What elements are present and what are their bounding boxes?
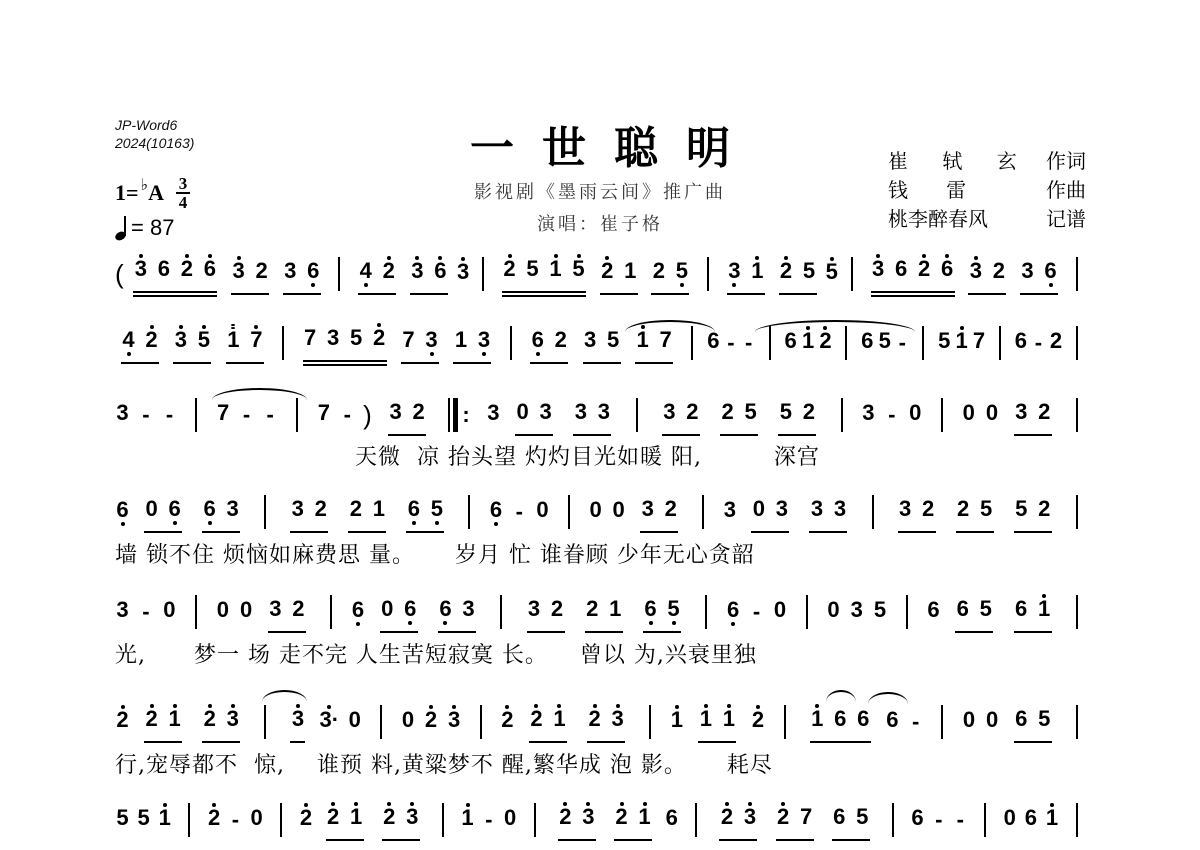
barline xyxy=(264,495,266,529)
note: 3 xyxy=(871,252,886,290)
barline xyxy=(984,803,986,837)
barline xyxy=(282,326,284,360)
note: 6 xyxy=(433,254,448,292)
note: 2 xyxy=(550,592,565,630)
note: 2 xyxy=(313,492,328,530)
composer-role: 作曲 xyxy=(1046,176,1086,205)
beam-group: 65 xyxy=(1014,702,1052,743)
beam-group: 13 xyxy=(453,323,491,364)
note: 6 xyxy=(1023,801,1038,839)
note: 3 xyxy=(538,395,553,433)
beam-group: 36 xyxy=(410,254,448,295)
barline xyxy=(480,705,482,739)
note: 3 xyxy=(809,492,824,530)
note: 3 xyxy=(581,800,596,838)
beam-group: 25 xyxy=(956,492,994,533)
note: 0 xyxy=(751,492,766,530)
score-line: 606633221656-0003230333322552 xyxy=(115,492,1088,532)
dash: - xyxy=(232,807,239,833)
note: 2 xyxy=(144,323,159,361)
beam-group: 65 xyxy=(406,492,444,533)
note: 6 xyxy=(1014,592,1029,630)
note: 6 xyxy=(910,801,925,839)
note: 3 xyxy=(742,800,757,838)
note: 7 xyxy=(972,324,987,362)
beam-group: 32 xyxy=(662,395,700,436)
note: 3 xyxy=(268,592,283,630)
beam-group: 23 xyxy=(719,800,757,841)
beam-group: 36 xyxy=(283,254,321,295)
note: 7 xyxy=(249,323,264,361)
note: 5 xyxy=(802,254,817,292)
note: 3 xyxy=(861,396,876,434)
note: 3 xyxy=(290,702,305,740)
beam-group: 3626 xyxy=(871,252,955,297)
barline xyxy=(707,257,709,291)
beam-group: 65 xyxy=(832,800,870,841)
barline xyxy=(442,803,444,837)
note: 3 xyxy=(727,254,742,292)
barline xyxy=(922,326,924,360)
barline xyxy=(649,705,651,739)
note: 3 xyxy=(283,254,298,292)
note: 3 xyxy=(447,703,462,741)
barline xyxy=(806,595,808,629)
barline xyxy=(705,595,707,629)
note: 0 xyxy=(908,396,923,434)
barline xyxy=(188,803,190,837)
note: 3 xyxy=(133,252,148,290)
note: 0 xyxy=(588,493,603,531)
credits-block: 崔 轼 玄 作词 钱 雷 作曲 桃李醉春风 记谱 xyxy=(888,147,1086,234)
note: 1 xyxy=(750,254,765,292)
note: 5 xyxy=(778,395,793,433)
barline xyxy=(338,257,340,291)
note: 2 xyxy=(751,703,766,741)
note: 2 xyxy=(500,703,515,741)
note: 3 xyxy=(461,592,476,630)
note: 3 xyxy=(231,254,246,292)
note: 1 xyxy=(698,702,713,740)
beam-group: 32 xyxy=(268,592,306,633)
note: 1 xyxy=(608,592,623,630)
slur-mark xyxy=(868,692,908,704)
note: 2 xyxy=(115,703,130,741)
note: 5 xyxy=(196,323,211,361)
note: 2 xyxy=(956,492,971,530)
note: 5 xyxy=(937,324,952,362)
note: 3 xyxy=(832,492,847,530)
barline xyxy=(1076,803,1078,837)
note: 3 xyxy=(225,492,240,530)
note: 2 xyxy=(776,800,791,838)
note: 7 xyxy=(316,396,331,434)
score-line: 3--7--7-)32:303333225523-00032 xyxy=(115,395,1088,435)
note: 5 xyxy=(1014,492,1029,530)
barline xyxy=(568,495,570,529)
beam-group: 21 xyxy=(585,592,623,633)
barline xyxy=(841,398,843,432)
lyric-line: 天微 凉 抬头望 灼灼目光如暖 阳, 深宫 xyxy=(355,440,820,471)
repeat-start-sign: : xyxy=(448,398,469,432)
note: 0 xyxy=(961,396,976,434)
dash: - xyxy=(727,330,734,356)
beam-group: 21 xyxy=(144,702,182,743)
beam-group: 35 xyxy=(583,323,621,364)
note: 1 xyxy=(637,800,652,838)
barline xyxy=(1076,595,1078,629)
beam-group: 7352 xyxy=(303,321,387,366)
note: 5 xyxy=(136,801,151,839)
note: 0 xyxy=(984,396,999,434)
note: 3 xyxy=(173,323,188,361)
dash: - xyxy=(753,599,760,625)
note: 6 xyxy=(832,800,847,838)
dash: - xyxy=(142,599,149,625)
score-line: 423517735273136235176--61265-5176-2 xyxy=(115,323,1088,363)
barline xyxy=(906,595,908,629)
note: 4 xyxy=(358,254,373,292)
note: 0 xyxy=(515,395,530,433)
note: 6 xyxy=(530,323,545,361)
note: 2 xyxy=(587,702,602,740)
beam-group: 166 xyxy=(810,702,871,743)
barline xyxy=(534,803,536,837)
barline xyxy=(941,398,943,432)
dash: - xyxy=(344,402,351,428)
dash: - xyxy=(266,402,273,428)
note: 5 xyxy=(979,492,994,530)
note: 2 xyxy=(558,800,573,838)
beam-group: 32 xyxy=(388,395,426,436)
note: 1 xyxy=(721,702,736,740)
note: 0 xyxy=(215,593,230,631)
note: 3 xyxy=(774,492,789,530)
note: 0 xyxy=(826,593,841,631)
note: 0 xyxy=(347,703,362,741)
note: 0 xyxy=(239,593,254,631)
barline xyxy=(500,595,502,629)
slur-mark xyxy=(755,320,915,332)
barline xyxy=(702,495,704,529)
note: 2 xyxy=(502,252,517,290)
note: 6 xyxy=(643,592,658,630)
note: 3 xyxy=(573,395,588,433)
note: 6 xyxy=(202,492,217,530)
note: 6 xyxy=(350,593,365,631)
note: 4 xyxy=(121,323,136,361)
note: 3 xyxy=(424,323,439,361)
note: 1 xyxy=(460,801,475,839)
beam-group: 21 xyxy=(614,800,652,841)
transcriber-credit: 桃李醉春风 记谱 xyxy=(888,205,1086,234)
note: 5 xyxy=(571,252,586,290)
note: 5 xyxy=(743,395,758,433)
dash: - xyxy=(516,499,523,525)
paren: ) xyxy=(363,400,372,431)
note: 2 xyxy=(529,702,544,740)
barline xyxy=(1076,495,1078,529)
beam-group: 73 xyxy=(401,323,439,364)
note: 2 xyxy=(381,254,396,292)
barline xyxy=(892,803,894,837)
note: 3 xyxy=(225,702,240,740)
dash: - xyxy=(935,807,942,833)
beam-group: 32 xyxy=(898,492,936,533)
note: 2 xyxy=(202,702,217,740)
beam-group: 31 xyxy=(727,254,765,295)
note: 7 xyxy=(401,323,416,361)
beam-group: 23 xyxy=(558,800,596,841)
note: 3 xyxy=(388,395,403,433)
note: 1 xyxy=(1037,592,1052,630)
barline xyxy=(195,398,197,432)
note: 1 xyxy=(453,323,468,361)
beam-group: 63 xyxy=(438,592,476,633)
note: 2 xyxy=(179,252,194,290)
note: 0 xyxy=(985,703,1000,741)
beam-group: 65 xyxy=(955,592,993,633)
note: 5 xyxy=(674,254,689,292)
beam-group: 32 xyxy=(527,592,565,633)
note: 6 xyxy=(664,801,679,839)
transcriber-name: 桃李醉春风 xyxy=(888,205,988,234)
beam-group: 3 xyxy=(290,702,305,743)
beam-group: 32 xyxy=(231,254,269,295)
beam-group: 42 xyxy=(121,323,159,364)
note: 3 xyxy=(486,396,501,434)
note: 2 xyxy=(326,800,341,838)
note: 2 xyxy=(291,592,306,630)
note: 3 xyxy=(898,492,913,530)
note: 0 xyxy=(772,593,787,631)
note: 3 xyxy=(583,323,598,361)
barline xyxy=(941,705,943,739)
dash: - xyxy=(1035,330,1042,356)
beam-group: 03 xyxy=(515,395,553,436)
beam-group: 52 xyxy=(778,395,816,436)
note: 2 xyxy=(719,800,734,838)
beam-group: 21 xyxy=(348,492,386,533)
note: 6 xyxy=(833,702,848,740)
note: 6 xyxy=(489,493,504,531)
beam-group: 65 xyxy=(643,592,681,633)
barline xyxy=(872,495,874,529)
note: 2 xyxy=(1049,324,1064,362)
note: 5 xyxy=(606,323,621,361)
note: 2 xyxy=(254,254,269,292)
note: 2 xyxy=(348,492,363,530)
beam-group: 03 xyxy=(751,492,789,533)
beam-group: 06 xyxy=(380,592,418,633)
beam-group: 32 xyxy=(290,492,328,533)
note: 5 xyxy=(978,592,993,630)
note: 3 xyxy=(662,395,677,433)
beam-group: 21 xyxy=(326,800,364,841)
note: 3 xyxy=(290,492,305,530)
note: 2 xyxy=(411,395,426,433)
paren: ( xyxy=(115,259,124,290)
note: 2 xyxy=(663,492,678,530)
note: 3 xyxy=(115,593,130,631)
barline xyxy=(1076,398,1078,432)
beam-group: 52 xyxy=(1014,492,1052,533)
score-line: 2212333·00232212311121666-0065 xyxy=(115,702,1088,742)
beam-group: 42 xyxy=(358,254,396,295)
beam-group: 33 xyxy=(573,395,611,436)
dash: - xyxy=(888,402,895,428)
note: 3 xyxy=(1020,254,1035,292)
beam-group: 62 xyxy=(530,323,568,364)
barline xyxy=(380,705,382,739)
note: 6 xyxy=(438,592,453,630)
note: 1 xyxy=(226,323,241,361)
note: 5 xyxy=(666,592,681,630)
barline xyxy=(695,803,697,837)
note: 7 xyxy=(799,800,814,838)
beam-group: 23 xyxy=(202,702,240,743)
beam-group: 36 xyxy=(1020,254,1058,295)
slur-mark xyxy=(826,690,856,702)
barline xyxy=(280,803,282,837)
note: 2 xyxy=(801,395,816,433)
note: 5 xyxy=(873,593,888,631)
note: 3 xyxy=(456,255,471,293)
note: 2 xyxy=(585,592,600,630)
note: 6 xyxy=(115,493,130,531)
beam-group: 21 xyxy=(600,254,638,295)
barline xyxy=(1076,705,1078,739)
note: 6 xyxy=(1043,254,1058,292)
dash: - xyxy=(912,709,919,735)
barline xyxy=(468,495,470,529)
note: 5 xyxy=(115,801,130,839)
note: 2 xyxy=(614,800,629,838)
barline xyxy=(636,398,638,432)
barline xyxy=(264,705,266,739)
note: 2 xyxy=(144,702,159,740)
dash: - xyxy=(166,402,173,428)
note: 6 xyxy=(926,593,941,631)
note: 1 xyxy=(157,801,172,839)
barline xyxy=(330,595,332,629)
note: 5 xyxy=(824,255,839,293)
note: 3 xyxy=(596,395,611,433)
note: 3 xyxy=(722,493,737,531)
note: 6 xyxy=(726,593,741,631)
note: 3· xyxy=(320,703,340,741)
note: 2 xyxy=(553,323,568,361)
barline xyxy=(1076,326,1078,360)
note: 3 xyxy=(640,492,655,530)
beam-group: 06 xyxy=(144,492,182,533)
barline xyxy=(999,326,1001,360)
lyric-line: 光, 梦一 场 走不完 人生苦短寂寞 长。 曾以 为,兴衰里独 xyxy=(115,638,757,669)
note: 2 xyxy=(1037,395,1052,433)
note: 6 xyxy=(306,254,321,292)
dash: - xyxy=(142,402,149,428)
beam-group: 61 xyxy=(1014,592,1052,633)
note: 3 xyxy=(410,254,425,292)
note: 2 xyxy=(1037,492,1052,530)
beam-group: 25 xyxy=(779,254,817,295)
note: 6 xyxy=(403,592,418,630)
note: 1 xyxy=(954,324,969,362)
score-line: 3-00032606633221656-003566561 xyxy=(115,592,1088,632)
note: 2 xyxy=(298,801,313,839)
beam-group: 33 xyxy=(809,492,847,533)
note: 2 xyxy=(921,492,936,530)
dash: - xyxy=(745,330,752,356)
composer-name: 钱 雷 xyxy=(888,176,966,205)
note: 6 xyxy=(894,252,909,290)
note: 3 xyxy=(1014,395,1029,433)
note: 0 xyxy=(162,593,177,631)
note: 6 xyxy=(955,592,970,630)
note: 2 xyxy=(685,395,700,433)
note: 6 xyxy=(406,492,421,530)
dash: - xyxy=(899,330,906,356)
note: 6 xyxy=(885,703,900,741)
beam-group: 23 xyxy=(587,702,625,743)
note: 0 xyxy=(535,493,550,531)
note: 5 xyxy=(349,321,364,359)
note: 3 xyxy=(527,592,542,630)
note: 7 xyxy=(216,396,231,434)
note: 1 xyxy=(810,702,825,740)
note: 3 xyxy=(115,396,130,434)
note: 6 xyxy=(940,252,955,290)
note: 0 xyxy=(1002,801,1017,839)
slur-mark xyxy=(262,690,307,702)
lyric-line: 行,宠辱都不 惊, 谁预 料,黄粱梦不 醒,繁华成 泡 影。 耗尽 xyxy=(115,748,773,779)
barline xyxy=(510,326,512,360)
score-line: 5512-0221231-0232162327656--061 xyxy=(115,800,1088,840)
note: 0 xyxy=(380,592,395,630)
beam-group: 35 xyxy=(173,323,211,364)
note: 0 xyxy=(611,493,626,531)
note: 3 xyxy=(326,321,341,359)
beam-group: 32 xyxy=(1014,395,1052,436)
beam-group: 21 xyxy=(529,702,567,743)
note: 5 xyxy=(525,252,540,290)
note: 0 xyxy=(249,801,264,839)
dash: - xyxy=(957,807,964,833)
note: 2 xyxy=(720,395,735,433)
note: 0 xyxy=(962,703,977,741)
note: 0 xyxy=(503,801,518,839)
note: 5 xyxy=(429,492,444,530)
beam-group: 25 xyxy=(651,254,689,295)
note: 6 xyxy=(156,252,171,290)
note: 2 xyxy=(207,801,222,839)
note: 0 xyxy=(400,703,415,741)
score-line: (3626323642363251521253125536263236 xyxy=(115,254,1088,294)
lyricist-name: 崔 轼 玄 xyxy=(888,147,1031,176)
beam-group: 27 xyxy=(776,800,814,841)
dash: - xyxy=(243,402,250,428)
note: 1 xyxy=(1045,801,1060,839)
barline xyxy=(784,705,786,739)
composer-credit: 钱 雷 作曲 xyxy=(888,176,1086,205)
note: 7 xyxy=(303,321,318,359)
note: 2 xyxy=(917,252,932,290)
barline xyxy=(296,398,298,432)
beam-group: 32 xyxy=(968,254,1006,295)
note: 1 xyxy=(371,492,386,530)
beam-group: 25 xyxy=(720,395,758,436)
note: 2 xyxy=(372,321,387,359)
